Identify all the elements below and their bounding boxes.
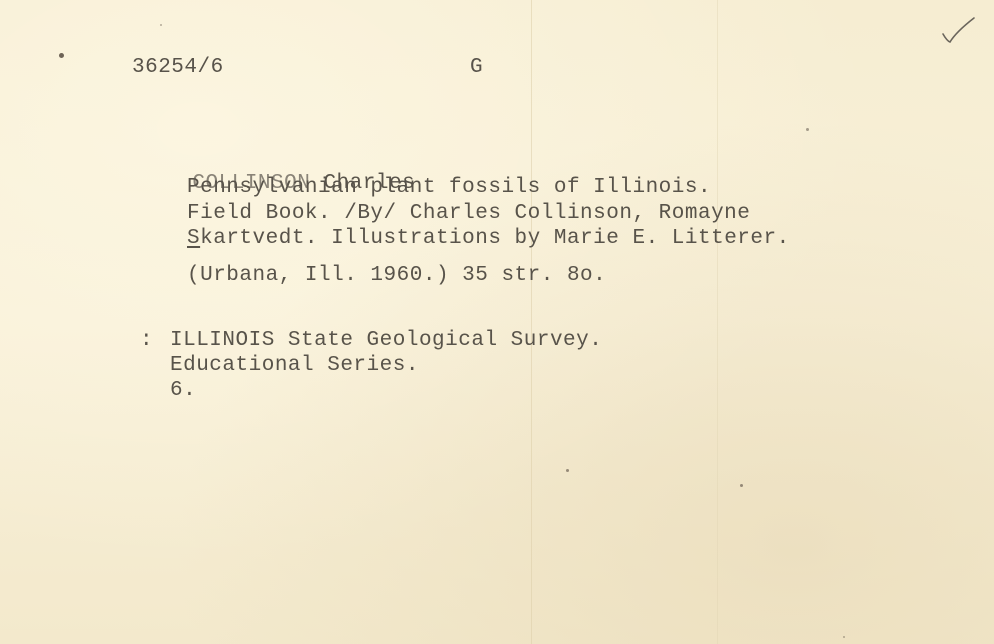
paper-speck bbox=[843, 636, 845, 638]
paper-fold-line bbox=[717, 0, 718, 644]
imprint-line: (Urbana, Ill. 1960.) 35 str. 8o. bbox=[187, 264, 606, 288]
paper-speck bbox=[59, 53, 64, 58]
statement-line-1: Field Book. /By/ Charles Collinson, Roma… bbox=[187, 202, 750, 226]
series-prefix: : bbox=[140, 329, 153, 353]
statement-line-2-rest: kartvedt. Illustrations by Marie E. Litt… bbox=[200, 227, 790, 250]
paper-speck bbox=[740, 484, 743, 487]
paper-speck bbox=[806, 128, 809, 131]
title-line: Pennsylvanian plant fossils of Illinois. bbox=[187, 176, 711, 200]
catalog-card: 36254/6 G COLLINSON Charles Pennsylvania… bbox=[0, 0, 994, 644]
paper-fold-line bbox=[531, 0, 532, 644]
paper-speck bbox=[160, 24, 162, 26]
underlined-initial: S bbox=[187, 227, 200, 250]
paper-speck bbox=[566, 469, 569, 472]
call-number: 36254/6 bbox=[132, 56, 224, 80]
series-line-1: ILLINOIS State Geological Survey. bbox=[170, 329, 602, 353]
series-line-3: 6. bbox=[170, 379, 196, 403]
statement-line-2: Skartvedt. Illustrations by Marie E. Lit… bbox=[187, 227, 790, 251]
checkmark-icon bbox=[938, 14, 978, 46]
location-mark: G bbox=[470, 56, 483, 80]
series-line-2: Educational Series. bbox=[170, 354, 419, 378]
